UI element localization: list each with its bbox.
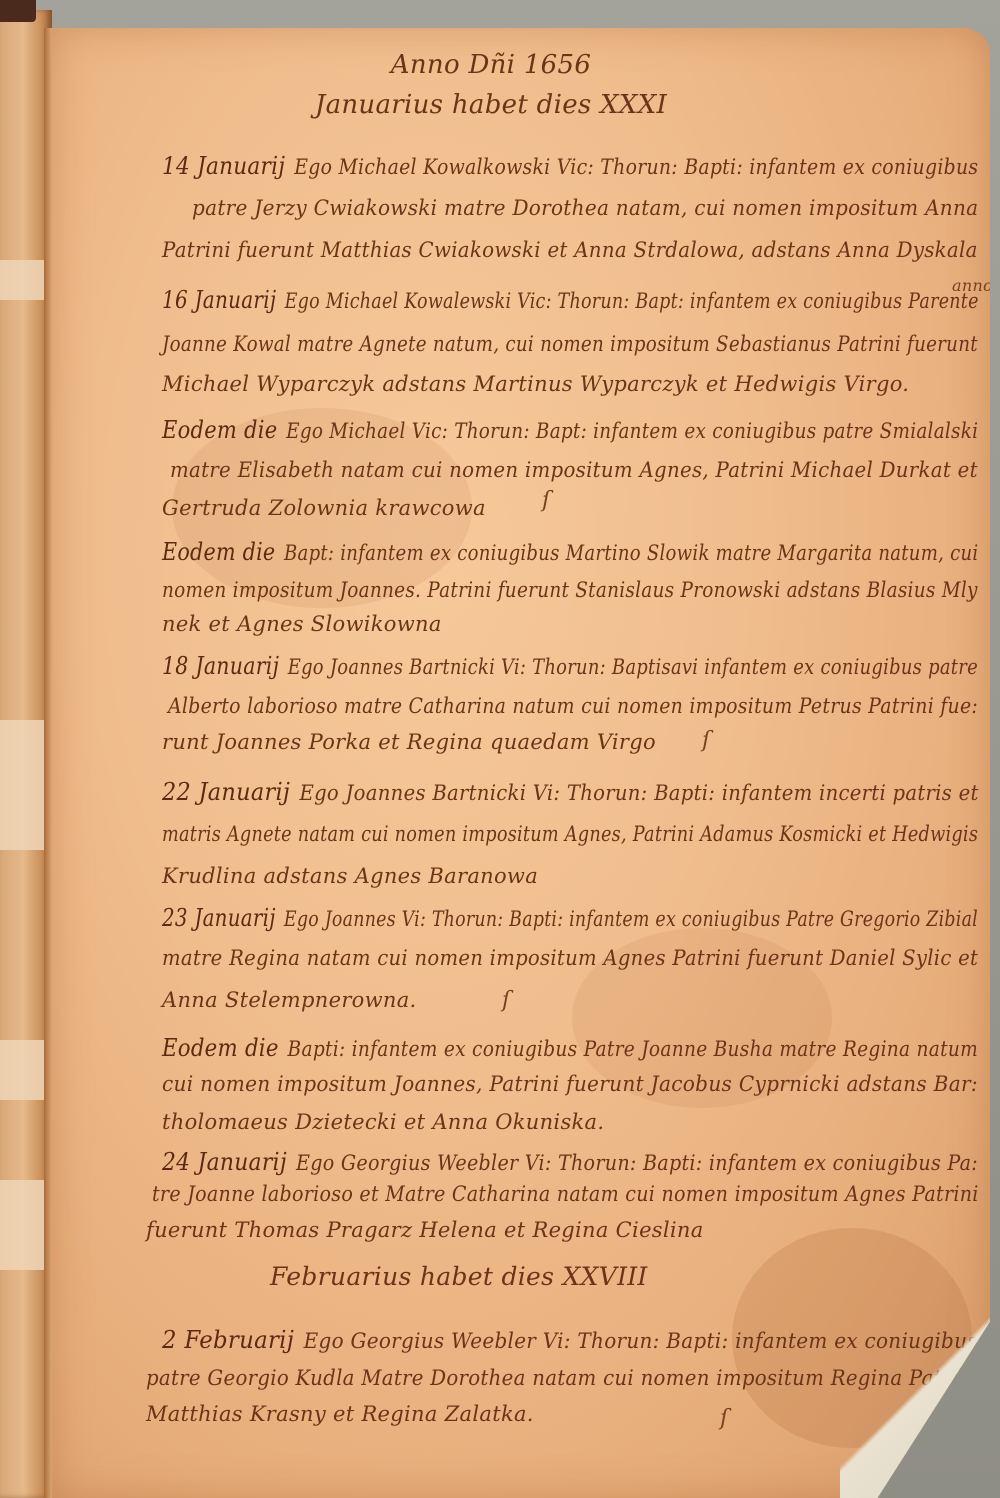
ink-mark: ſ <box>542 488 550 513</box>
entry-line: tholomaeus Dzietecki et Anna Okuniska. <box>162 1112 604 1133</box>
binding-tear <box>0 1180 44 1270</box>
entry-date: Eodem die <box>162 538 275 566</box>
entry-line: Matthias Krasny et Regina Zalatka. <box>146 1404 534 1425</box>
entry-line: Gertruda Zolownia krawcowa <box>162 498 486 519</box>
page-corner-fold <box>840 1298 990 1498</box>
entry-line: Alberto laborioso matre Catharina natum … <box>168 696 978 717</box>
entry-text: Ego Joannes Vi: Thorun: Bapti: infantem … <box>284 907 978 931</box>
entry-line: Joanne Kowal matre Agnete natum, cui nom… <box>162 334 978 355</box>
entry-text: Ego Michael Kowalkowski Vic: Thorun: Bap… <box>294 155 978 179</box>
entry-text: Ego Michael Kowalewski Vic: Thorun: Bapt… <box>285 289 979 313</box>
entry-date: 18 Januarij <box>162 652 279 680</box>
entry-line: fuerunt Thomas Pragarz Helena et Regina … <box>146 1220 704 1241</box>
binding-tear <box>0 1040 44 1100</box>
entry-text: Ego Georgius Weebler Vi: Thorun: Bapti: … <box>296 1151 978 1175</box>
month-heading: Januarius habet dies XXXI <box>22 90 960 120</box>
entry-line: tre Joanne laborioso et Matre Catharina … <box>152 1184 979 1205</box>
entry-line: runt Joannes Porka et Regina quaedam Vir… <box>162 732 656 753</box>
ink-mark: ſ <box>702 728 710 753</box>
entry-line: 23 JanuarijEgo Joannes Vi: Thorun: Bapti… <box>162 906 978 930</box>
binding-tear <box>0 720 44 850</box>
entry-date: Eodem die <box>162 1034 279 1062</box>
entry-line: 14 JanuarijEgo Michael Kowalkowski Vic: … <box>162 154 978 178</box>
entry-date: 2 Februarij <box>162 1326 294 1354</box>
entry-line: 22 JanuarijEgo Joannes Bartnicki Vi: Tho… <box>162 780 979 804</box>
entry-line: Krudlina adstans Agnes Baranowa <box>162 866 538 887</box>
entry-date: 23 Januarij <box>162 904 276 932</box>
entry-text: Ego Joannes Bartnicki Vi: Thorun: Baptis… <box>288 655 978 679</box>
ink-mark: ſ <box>720 1406 728 1431</box>
entry-line: 18 JanuarijEgo Joannes Bartnicki Vi: Tho… <box>162 654 978 678</box>
entry-line: Anna Stelempnerowna. <box>162 990 417 1011</box>
entry-text: Ego Michael Vic: Thorun: Bapt: infantem … <box>286 419 978 443</box>
entry-line: patre Jerzy Cwiakowski matre Dorothea na… <box>192 198 978 219</box>
entry-line: cui nomen impositum Joannes, Patrini fue… <box>162 1074 978 1095</box>
year-heading: Anno Dñi 1656 <box>22 50 960 80</box>
entry-date: 22 Januarij <box>162 778 290 806</box>
entry-date: Eodem die <box>162 416 277 444</box>
entry-line: Patrini fuerunt Matthias Cwiakowski et A… <box>162 240 978 261</box>
entry-line: Eodem dieBapti: infantem ex coniugibus P… <box>162 1036 978 1060</box>
entry-date: 24 Januarij <box>162 1148 287 1176</box>
entry-text: Ego Joannes Bartnicki Vi: Thorun: Bapti:… <box>300 781 979 805</box>
entry-line: matre Regina natam cui nomen impositum A… <box>162 948 978 969</box>
manuscript-page: Anno Dñi 1656 Januarius habet dies XXXI … <box>52 28 990 1498</box>
entry-line: Michael Wyparczyk adstans Martinus Wypar… <box>162 374 909 395</box>
entry-date: 14 Januarij <box>162 152 285 180</box>
february-heading: Februarius habet dies XXVIII <box>270 1264 648 1289</box>
entry-date: 16 Januarij <box>162 286 276 314</box>
photo-scene: Anno Dñi 1656 Januarius habet dies XXXI … <box>0 0 1000 1498</box>
entry-text: Bapti: infantem ex coniugibus Patre Joan… <box>288 1037 978 1061</box>
entry-line: nomen impositum Joannes. Patrini fuerunt… <box>162 580 978 601</box>
entry-line: Eodem dieBapt: infantem ex coniugibus Ma… <box>162 540 978 564</box>
entry-line: nek et Agnes Slowikowna <box>162 614 442 635</box>
entry-line: matris Agnete natam cui nomen impositum … <box>162 824 978 845</box>
entry-line: 24 JanuarijEgo Georgius Weebler Vi: Thor… <box>162 1150 978 1174</box>
ink-mark: ſ <box>502 988 510 1013</box>
entry-line: 16 JanuarijEgo Michael Kowalewski Vic: T… <box>162 288 979 312</box>
entry-line: Eodem dieEgo Michael Vic: Thorun: Bapt: … <box>162 418 978 442</box>
binding-tear <box>0 260 44 300</box>
binding-cover-corner <box>0 0 36 22</box>
entry-line: matre Elisabeth natam cui nomen impositu… <box>170 460 978 481</box>
entry-text: Bapt: infantem ex coniugibus Martino Slo… <box>284 541 978 565</box>
